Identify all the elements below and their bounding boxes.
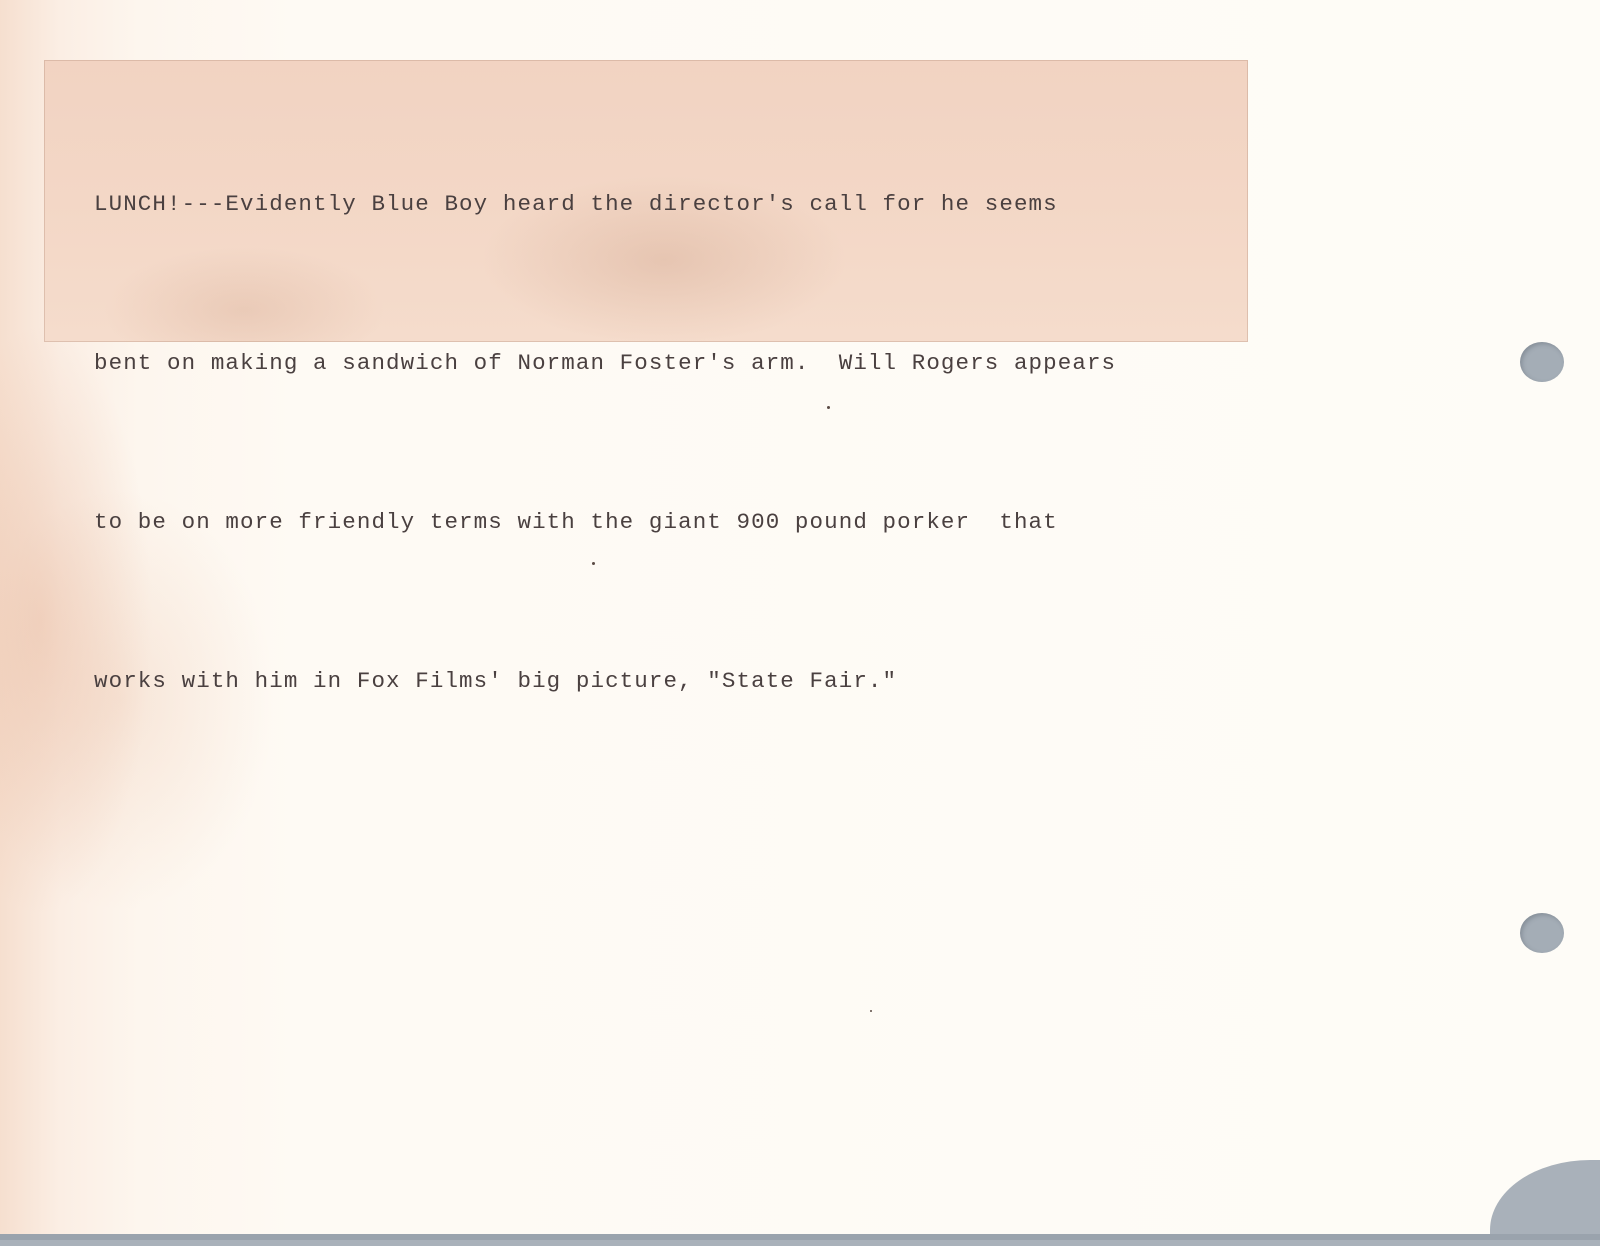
caption-line-4: works with him in Fox Films' big picture…	[94, 655, 1116, 708]
caption-clipping: LUNCH!---Evidently Blue Boy heard the di…	[44, 60, 1248, 342]
caption-line-3: to be on more friendly terms with the gi…	[94, 496, 1116, 549]
paper-speck	[592, 562, 595, 565]
caption-line-1: LUNCH!---Evidently Blue Boy heard the di…	[94, 178, 1116, 231]
torn-corner	[1490, 1160, 1600, 1240]
paper-sheet: LUNCH!---Evidently Blue Boy heard the di…	[0, 0, 1600, 1240]
caption-text: LUNCH!---Evidently Blue Boy heard the di…	[94, 72, 1116, 814]
paper-speck	[870, 1010, 872, 1012]
paper-speck	[827, 406, 830, 409]
punch-hole-top	[1520, 342, 1564, 382]
caption-line-2: bent on making a sandwich of Norman Fost…	[94, 337, 1116, 390]
punch-hole-bottom	[1520, 913, 1564, 953]
